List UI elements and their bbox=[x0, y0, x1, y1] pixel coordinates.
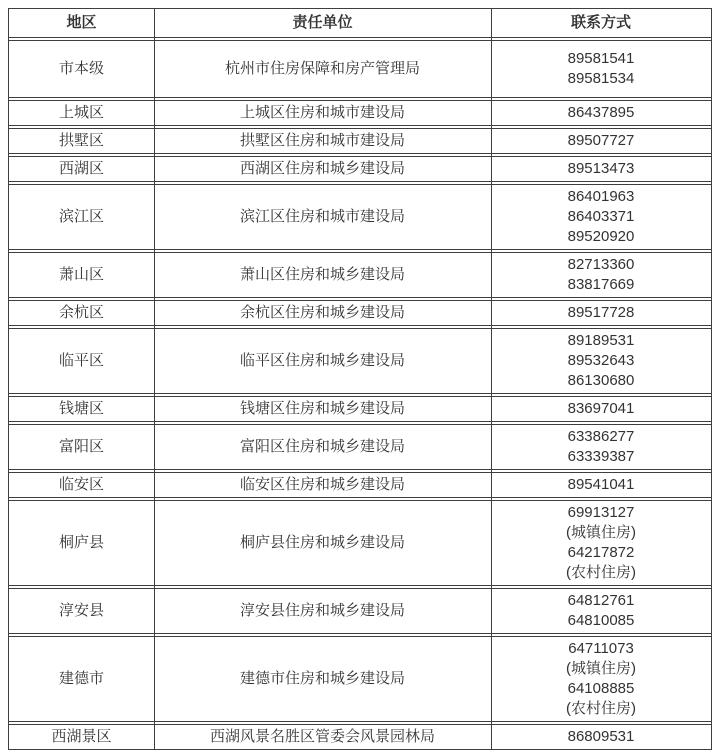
table-row: 余杭区余杭区住房和城乡建设局89517728 bbox=[8, 300, 712, 326]
contact-line: (农村住房) bbox=[566, 563, 636, 583]
contact-cell: 89507727 bbox=[491, 129, 711, 153]
contact-cell: 86437895 bbox=[491, 101, 711, 125]
unit-cell: 建德市住房和城乡建设局 bbox=[154, 637, 491, 721]
region-cell: 余杭区 bbox=[9, 301, 154, 325]
contact-line: 89189531 bbox=[568, 331, 635, 351]
table-row: 市本级杭州市住房保障和房产管理局8958154189581534 bbox=[8, 40, 712, 98]
table-row: 钱塘区钱塘区住房和城乡建设局83697041 bbox=[8, 396, 712, 422]
table-right-border bbox=[711, 8, 712, 750]
contact-table: 地区 责任单位 联系方式 市本级杭州市住房保障和房产管理局89581541895… bbox=[8, 8, 712, 750]
table-left-border bbox=[8, 8, 9, 750]
contact-cell: 6481276164810085 bbox=[491, 589, 711, 633]
unit-cell: 西湖区住房和城乡建设局 bbox=[154, 157, 491, 181]
region-cell: 钱塘区 bbox=[9, 397, 154, 421]
contact-cell: 8958154189581534 bbox=[491, 41, 711, 97]
unit-cell: 桐庐县住房和城乡建设局 bbox=[154, 501, 491, 585]
unit-cell: 富阳区住房和城乡建设局 bbox=[154, 425, 491, 469]
region-cell: 上城区 bbox=[9, 101, 154, 125]
table-row: 淳安县淳安县住房和城乡建设局6481276164810085 bbox=[8, 588, 712, 634]
contact-line: 89541041 bbox=[568, 475, 635, 495]
region-cell: 萧山区 bbox=[9, 253, 154, 297]
contact-line: 64812761 bbox=[568, 591, 635, 611]
contact-line: 89581534 bbox=[568, 69, 635, 89]
contact-cell: 6338627763339387 bbox=[491, 425, 711, 469]
header-region: 地区 bbox=[9, 9, 154, 37]
table-row: 西湖区西湖区住房和城乡建设局89513473 bbox=[8, 156, 712, 182]
unit-cell: 临平区住房和城乡建设局 bbox=[154, 329, 491, 393]
table-row: 滨江区滨江区住房和城市建设局864019638640337189520920 bbox=[8, 184, 712, 250]
contact-line: 89507727 bbox=[568, 131, 635, 151]
contact-line: 89581541 bbox=[568, 49, 635, 69]
contact-line: 86809531 bbox=[568, 727, 635, 747]
contact-line: 86437895 bbox=[568, 103, 635, 123]
contact-line: 64217872 bbox=[568, 543, 635, 563]
region-cell: 滨江区 bbox=[9, 185, 154, 249]
contact-cell: 83697041 bbox=[491, 397, 711, 421]
table-row: 富阳区富阳区住房和城乡建设局6338627763339387 bbox=[8, 424, 712, 470]
contact-line: (城镇住房) bbox=[566, 659, 636, 679]
region-cell: 建德市 bbox=[9, 637, 154, 721]
header-contact: 联系方式 bbox=[491, 9, 711, 37]
contact-line: 86401963 bbox=[568, 187, 635, 207]
contact-cell: 64711073(城镇住房)64108885(农村住房) bbox=[491, 637, 711, 721]
region-cell: 拱墅区 bbox=[9, 129, 154, 153]
table-row: 西湖景区西湖风景名胜区管委会风景园林局86809531 bbox=[8, 724, 712, 750]
table-row: 上城区上城区住房和城市建设局86437895 bbox=[8, 100, 712, 126]
region-cell: 市本级 bbox=[9, 41, 154, 97]
unit-cell: 钱塘区住房和城乡建设局 bbox=[154, 397, 491, 421]
table-header-row: 地区 责任单位 联系方式 bbox=[8, 8, 712, 38]
unit-cell: 上城区住房和城市建设局 bbox=[154, 101, 491, 125]
table-row: 桐庐县桐庐县住房和城乡建设局69913127(城镇住房)64217872(农村住… bbox=[8, 500, 712, 586]
table-row: 拱墅区拱墅区住房和城市建设局89507727 bbox=[8, 128, 712, 154]
header-unit: 责任单位 bbox=[154, 9, 491, 37]
contact-cell: 86809531 bbox=[491, 725, 711, 749]
unit-cell: 淳安县住房和城乡建设局 bbox=[154, 589, 491, 633]
unit-cell: 余杭区住房和城乡建设局 bbox=[154, 301, 491, 325]
table-row: 萧山区萧山区住房和城乡建设局8271336083817669 bbox=[8, 252, 712, 298]
contact-line: 83697041 bbox=[568, 399, 635, 419]
contact-line: (农村住房) bbox=[566, 699, 636, 719]
contact-cell: 864019638640337189520920 bbox=[491, 185, 711, 249]
unit-cell: 临安区住房和城乡建设局 bbox=[154, 473, 491, 497]
unit-cell: 拱墅区住房和城市建设局 bbox=[154, 129, 491, 153]
column-divider bbox=[491, 8, 492, 750]
table-row: 临安区临安区住房和城乡建设局89541041 bbox=[8, 472, 712, 498]
contact-line: 89513473 bbox=[568, 159, 635, 179]
region-cell: 富阳区 bbox=[9, 425, 154, 469]
contact-line: 64711073 bbox=[568, 639, 634, 659]
region-cell: 临平区 bbox=[9, 329, 154, 393]
contact-line: 89517728 bbox=[568, 303, 635, 323]
contact-cell: 8271336083817669 bbox=[491, 253, 711, 297]
region-cell: 临安区 bbox=[9, 473, 154, 497]
contact-line: 83817669 bbox=[568, 275, 635, 295]
contact-cell: 89517728 bbox=[491, 301, 711, 325]
contact-line: (城镇住房) bbox=[566, 523, 636, 543]
contact-cell: 69913127(城镇住房)64217872(农村住房) bbox=[491, 501, 711, 585]
table-row: 建德市建德市住房和城乡建设局64711073(城镇住房)64108885(农村住… bbox=[8, 636, 712, 722]
page: 地区 责任单位 联系方式 市本级杭州市住房保障和房产管理局89581541895… bbox=[0, 0, 720, 754]
unit-cell: 萧山区住房和城乡建设局 bbox=[154, 253, 491, 297]
contact-line: 64108885 bbox=[568, 679, 635, 699]
region-cell: 淳安县 bbox=[9, 589, 154, 633]
region-cell: 西湖景区 bbox=[9, 725, 154, 749]
unit-cell: 杭州市住房保障和房产管理局 bbox=[154, 41, 491, 97]
contact-line: 64810085 bbox=[568, 611, 635, 631]
contact-cell: 89513473 bbox=[491, 157, 711, 181]
region-cell: 桐庐县 bbox=[9, 501, 154, 585]
contact-line: 63386277 bbox=[568, 427, 635, 447]
contact-line: 86403371 bbox=[568, 207, 635, 227]
contact-line: 86130680 bbox=[568, 371, 635, 391]
unit-cell: 滨江区住房和城市建设局 bbox=[154, 185, 491, 249]
unit-cell: 西湖风景名胜区管委会风景园林局 bbox=[154, 725, 491, 749]
contact-line: 89532643 bbox=[568, 351, 635, 371]
contact-cell: 89541041 bbox=[491, 473, 711, 497]
column-divider bbox=[154, 8, 155, 750]
contact-cell: 891895318953264386130680 bbox=[491, 329, 711, 393]
region-cell: 西湖区 bbox=[9, 157, 154, 181]
contact-line: 63339387 bbox=[568, 447, 635, 467]
table-row: 临平区临平区住房和城乡建设局891895318953264386130680 bbox=[8, 328, 712, 394]
contact-line: 69913127 bbox=[568, 503, 635, 523]
contact-line: 89520920 bbox=[568, 227, 635, 247]
contact-line: 82713360 bbox=[568, 255, 635, 275]
